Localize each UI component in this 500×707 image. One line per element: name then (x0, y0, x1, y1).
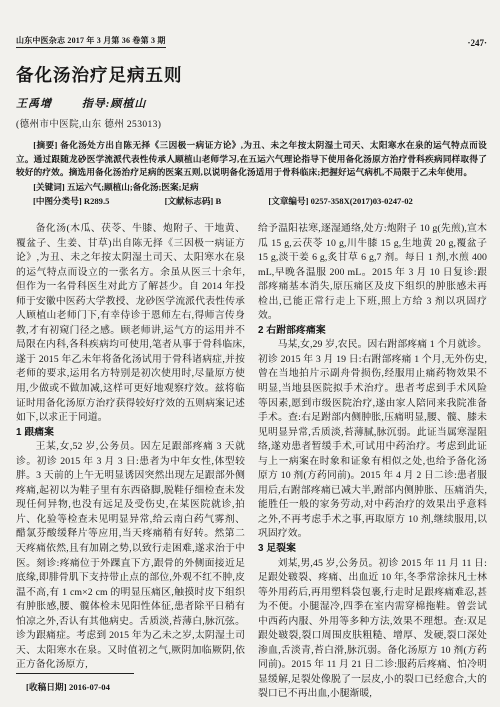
section2-heading: 2 右跗部疼痛案 (258, 324, 487, 339)
clc-value: R289.5 (84, 196, 110, 206)
body-columns: 备化汤(木瓜、茯苓、牛膝、炮附子、干地黄、覆盆子、生姜、甘草)出自陈无择《三因极… (16, 222, 487, 706)
clc-segment: [中图分类号] R289.5 (33, 195, 109, 209)
article-no-label: [文章编号] (268, 196, 308, 206)
received-date: 2016-07-04 (69, 682, 110, 692)
keywords-text: 五运六气;顾植山;备化汤;医案;足病 (67, 182, 199, 192)
section1-heading: 1 跟痛案 (16, 426, 245, 441)
section3-paragraph: 刘某,男,45 岁,公务员。初诊 2015 年 11 月 11 日:足跟处皲裂、… (258, 557, 487, 702)
received-date-line: [收稿日期] 2016-07-04 (26, 680, 245, 695)
page-number: ·247· (467, 38, 487, 48)
doc-code-segment: [文献标志码] B (147, 195, 221, 209)
journal-issue-line: 山东中医杂志 2017 年 3 月第 36 卷第 3 期 (16, 36, 166, 48)
affiliation: (德州市中医院,山东 德州 253013) (16, 116, 487, 130)
intro-paragraph: 备化汤(木瓜、茯苓、牛膝、炮附子、干地黄、覆盆子、生姜、甘草)出自陈无择《三因极… (16, 222, 245, 426)
received-date-block: [收稿日期] 2016-07-04 (16, 673, 245, 706)
running-head: 山东中医杂志 2017 年 3 月第 36 卷第 3 期 ·247· (16, 36, 487, 48)
abstract-block: [摘要] 备化汤处方出自陈无择《三因极一病证方论》,为丑、未之年按太阴湿土司天、… (16, 139, 487, 180)
continuation-paragraph: 给予温阳祛寒,逐湿通络,处方:炮附子 10 g(先煎),宣木瓜 15 g,云茯苓… (258, 222, 487, 324)
left-column: 备化汤(木瓜、茯苓、牛膝、炮附子、干地黄、覆盆子、生姜、甘草)出自陈无择《三因极… (16, 222, 245, 706)
doc-code-label: [文献标志码] (165, 196, 214, 206)
article-title: 备化汤治疗足病五则 (16, 62, 487, 87)
doc-code-value: B (215, 196, 221, 206)
clc-label: [中图分类号] (33, 196, 82, 206)
article-no-value: 0257-358X(2017)03-0247-02 (311, 196, 413, 206)
section1-paragraph: 王某,女,52 岁,公务员。因左足跟部疼痛 3 天就诊。初诊 2015 年 3 … (16, 440, 245, 673)
section3-heading: 3 足裂案 (258, 542, 487, 557)
author-name: 王禹增 (16, 98, 52, 110)
abstract-paragraph: [摘要] 备化汤处方出自陈无择《三因极一病证方论》,为丑、未之年按太阴湿土司天、… (16, 139, 487, 180)
author-line: 王禹增 指导:顾植山 (16, 95, 487, 111)
abstract-label: [摘要] (33, 140, 57, 150)
right-column: 给予温阳祛寒,逐湿通络,处方:炮附子 10 g(先煎),宣木瓜 15 g,云茯苓… (258, 222, 487, 706)
journal-page: 山东中医杂志 2017 年 3 月第 36 卷第 3 期 ·247· 备化汤治疗… (0, 0, 500, 707)
footnote-rule (16, 673, 134, 674)
keywords-line: [关键词] 五运六气;顾植山;备化汤;医案;足病 (16, 181, 487, 195)
classification-line: [中图分类号] R289.5 [文献标志码] B [文章编号] 0257-358… (16, 195, 487, 209)
abstract-text: 备化汤处方出自陈无择《三因极一病证方论》,为丑、未之年按太阴湿土司天、太阳寒水在… (16, 140, 487, 177)
keywords-label: [关键词] (33, 182, 65, 192)
section2-paragraph: 马某,女,29 岁,农民。因右跗部疼痛 1 个月就诊。初诊 2015 年 3 月… (258, 338, 487, 542)
advisor-name: 指导:顾植山 (82, 98, 147, 110)
article-no-segment: [文章编号] 0257-358X(2017)03-0247-02 (251, 195, 413, 209)
received-label: [收稿日期] (26, 682, 67, 692)
